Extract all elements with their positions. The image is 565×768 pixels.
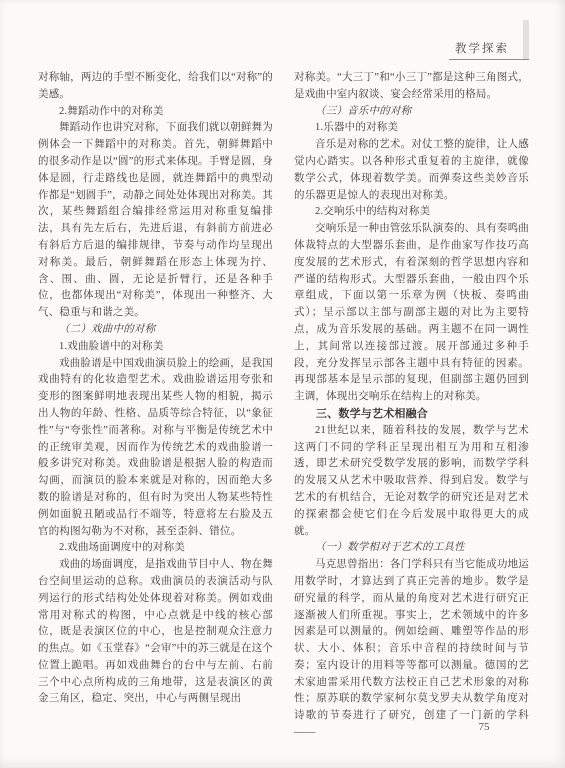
- paragraph: 对称轴，两边的手型不断变化，给我们以“对称”的美感。: [38, 70, 273, 104]
- paragraph: 2.戏曲场面调度中的对称美: [38, 540, 273, 557]
- paragraph: （二）戏曲中的对称: [38, 322, 273, 339]
- paragraph: 交响乐是一种由管弦乐队演奏的、具有奏鸣曲体裁特点的大型器乐套曲，是作曲家写作技巧…: [294, 221, 529, 406]
- paragraph: （三）音乐中的对称: [294, 104, 529, 121]
- paragraph: 1.戏曲脸谱中的对称美: [38, 339, 273, 356]
- section-label: 教学探索: [455, 40, 509, 56]
- paragraph: 音乐是对称的艺术。对仗工整的旋律，让人感觉内心踏实。以各种形式重复着的主旋律，就…: [294, 137, 529, 204]
- paragraph: 马克思曾指出：各门学科只有当它能成功地运用数学时，才算达到了真正完善的地步。数学…: [294, 557, 529, 742]
- header-underline: [449, 59, 529, 60]
- paragraph: 对称美。“大三丁”和“小三丁”都是这种三角图式，是戏曲中室内叙谈、宴会经常采用的…: [294, 70, 529, 104]
- paragraph: 2.舞蹈动作中的对称美: [38, 104, 273, 121]
- journal-page: { "header": { "section_label": "教学探索" },…: [0, 0, 565, 768]
- article-column-right: 对称美。“大三丁”和“小三丁”都是这种三角图式，是戏曲中室内叙谈、宴会经常采用的…: [294, 70, 529, 742]
- paragraph: 2.交响乐中的结构对称美: [294, 204, 529, 221]
- paragraph: 戏曲脸谱是中国戏曲演员脸上的绘画，是我国戏曲特有的化妆造型艺术。戏曲脸谱运用夸张…: [38, 356, 273, 541]
- section-header-badge: 教学探索: [449, 20, 529, 60]
- paragraph: （一）数学相对于艺术的工具性: [294, 540, 529, 557]
- article-body: 对称轴，两边的手型不断变化，给我们以“对称”的美感。2.舞蹈动作中的对称美舞蹈动…: [38, 70, 529, 742]
- paragraph: 1.乐器中的对称美: [294, 120, 529, 137]
- header-accent-bar: [523, 20, 529, 60]
- paragraph: 舞蹈动作也讲究对称，下面我们就以朝鲜舞为例体会一下舞蹈中的对称美。首先，朝鲜舞蹈…: [38, 120, 273, 322]
- paragraph: 21世纪以来，随着科技的发展，数学与艺术这两门不同的学科正呈现出相互为用和互相渗…: [294, 423, 529, 541]
- paragraph: 三、数学与艺术相融合: [294, 406, 529, 423]
- page-number: 75: [472, 721, 496, 733]
- article-column-left: 对称轴，两边的手型不断变化，给我们以“对称”的美感。2.舞蹈动作中的对称美舞蹈动…: [38, 70, 273, 742]
- paragraph: 戏曲的场面调度，是指戏曲节目中人、物在舞台空间里运动的总称。戏曲演员的表演活动与…: [38, 557, 273, 708]
